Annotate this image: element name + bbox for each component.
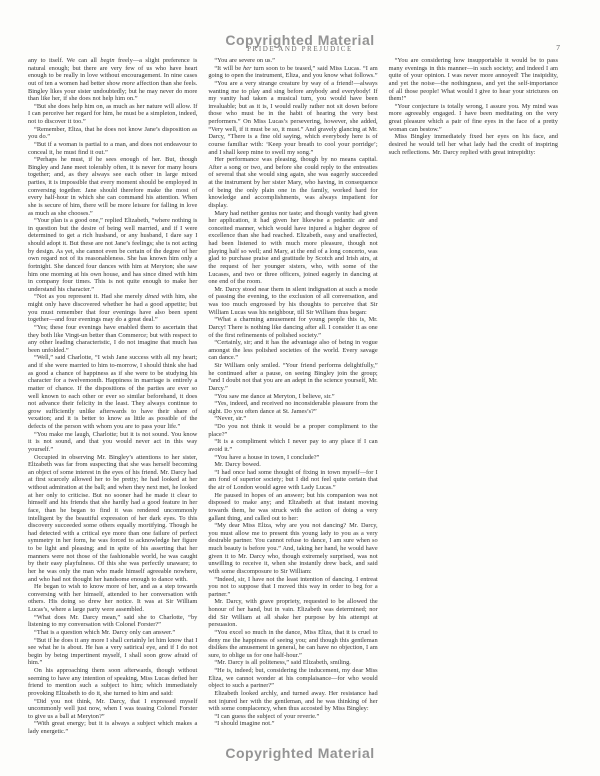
paragraph: “Never, sir.” (208, 415, 377, 423)
paragraph: Occupied in observing Mr. Bingley’s atte… (28, 454, 197, 584)
paragraph: “Mr. Darcy is all politeness,” said Eliz… (208, 659, 377, 667)
paragraph: “Indeed, sir, I have not the least inten… (208, 576, 377, 599)
paragraph: “You saw me dance at Meryton, I believe,… (208, 393, 377, 401)
paragraph: “With great energy; but it is always a s… (28, 720, 197, 735)
paragraph: Mr. Darcy, with grave propriety, request… (208, 598, 377, 629)
paragraph: Miss Bingley immediately fixed her eyes … (389, 133, 558, 156)
paragraph: Mr. Darcy bowed. (208, 461, 377, 469)
paragraph: any to itself. We can all begin freely—a… (28, 57, 197, 103)
page-number: 7 (556, 43, 560, 52)
paragraph: “What does Mr. Darcy mean,” said she to … (28, 614, 197, 629)
paragraph: “I had once had some thought of fixing i… (208, 469, 377, 492)
paragraph: “You are considering how insupportable i… (389, 57, 558, 103)
paragraph: “Remember, Eliza, that he does not know … (28, 126, 197, 141)
body-text-columns: any to itself. We can all begin freely—a… (28, 57, 558, 741)
paragraph: “But if he does it any more I shall cert… (28, 637, 197, 668)
paragraph: Elizabeth looked archly, and turned away… (208, 690, 377, 713)
paragraph: “It will be her turn soon to be teased,”… (208, 65, 377, 80)
paragraph: “Your conjecture is totally wrong, I ass… (389, 103, 558, 134)
paragraph: He paused in hopes of an answer; but his… (208, 492, 377, 523)
paragraph: “Perhaps he must, if he sees enough of h… (28, 156, 197, 217)
paragraph: “You are severe on us.” (208, 57, 377, 65)
paragraph: “You excel so much in the dance, Miss El… (208, 629, 377, 660)
paragraph: “It is a compliment which I never pay to… (208, 438, 377, 453)
paragraph: “But she does help him on, as much as he… (28, 103, 197, 126)
paragraph: “Yes; these four evenings have enabled t… (28, 324, 197, 355)
paragraph: “That is a question which Mr. Darcy only… (28, 629, 197, 637)
paragraph: “He is, indeed; but, considering the ind… (208, 667, 377, 690)
paragraph: On his approaching them soon afterwards,… (28, 667, 197, 698)
paragraph: “Yes, indeed, and received no inconsider… (208, 400, 377, 415)
paragraph: “My dear Miss Eliza, why are you not dan… (208, 522, 377, 575)
paragraph: “But if a woman is partial to a man, and… (28, 141, 197, 156)
book-page: Copyrighted Material PRIDE AND PREJUDICE… (0, 0, 600, 776)
paragraph: “You make me laugh, Charlotte; but it is… (28, 431, 197, 454)
paragraph: “What a charming amusement for young peo… (208, 316, 377, 339)
paragraph: “Well,” said Charlotte, “I wish Jane suc… (28, 354, 197, 430)
paragraph: “Do you not think it would be a proper c… (208, 423, 377, 438)
paragraph: “Did you not think, Mr. Darcy, that I ex… (28, 698, 197, 721)
paragraph: Her performance was pleasing, though by … (208, 156, 377, 209)
paragraph: “I should imagine not.” (208, 720, 377, 728)
running-head: PRIDE AND PREJUDICE (0, 45, 600, 53)
paragraph: “Certainly, sir; and it has the advantag… (208, 339, 377, 362)
paragraph: “Your plan is a good one,” replied Eliza… (28, 217, 197, 293)
paragraph: Sir William only smiled. “Your friend pe… (208, 362, 377, 393)
copyright-watermark-bottom: Copyrighted Material (0, 745, 600, 761)
paragraph: Mr. Darcy stood near them in silent indi… (208, 286, 377, 317)
paragraph: He began to wish to know more of her, an… (28, 583, 197, 614)
paragraph: “Not as you represent it. Had she merely… (28, 293, 197, 324)
paragraph: “I can guess the subject of your reverie… (208, 713, 377, 721)
paragraph: “You are a very strange creature by way … (208, 80, 377, 156)
paragraph: Mary had neither genius nor taste; and t… (208, 210, 377, 286)
paragraph: “You have a house in town, I conclude?” (208, 454, 377, 462)
